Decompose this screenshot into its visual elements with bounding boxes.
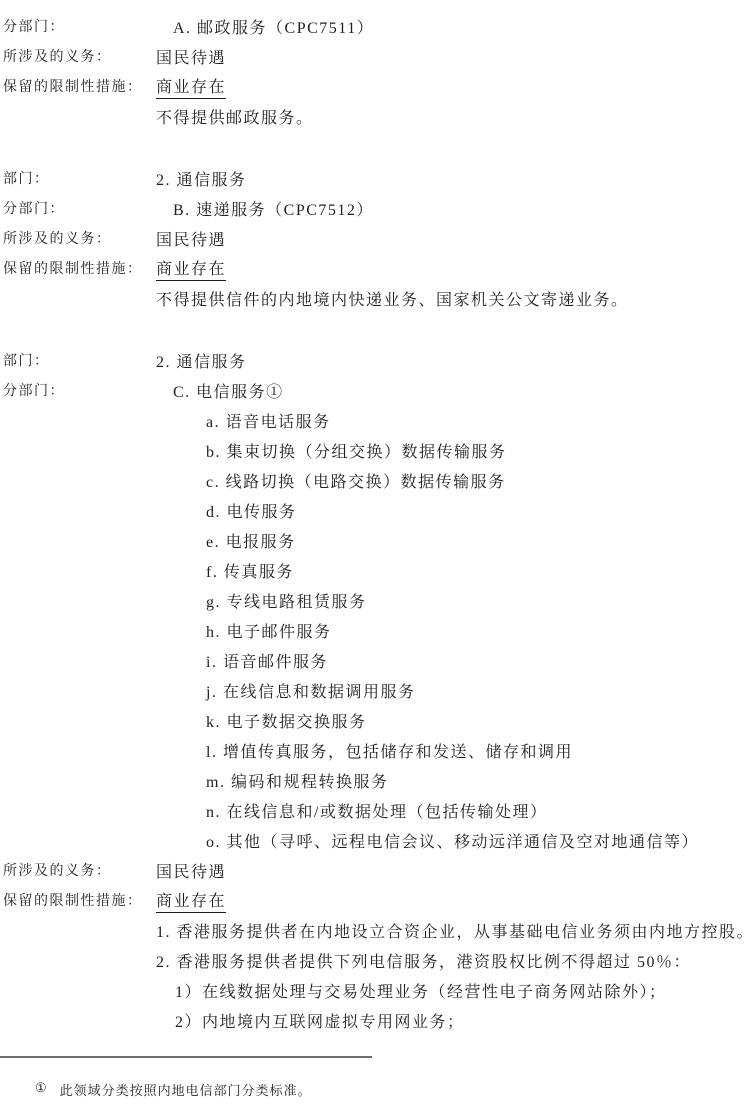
field-row: 分部门：B. 速递服务（CPC7512）: [3, 193, 744, 223]
field-row: h. 电子邮件服务: [3, 615, 744, 645]
field-row: a. 语音电话服务: [3, 405, 744, 435]
field-row: j. 在线信息和数据调用服务: [3, 675, 744, 705]
field-row: l. 增值传真服务，包括储存和发送、储存和调用: [3, 735, 744, 765]
list-item: l. 增值传真服务，包括储存和发送、储存和调用: [206, 739, 573, 762]
field-row: 不得提供邮政服务。: [3, 101, 744, 131]
list-item: 1. 香港服务提供者在内地设立合资企业，从事基础电信业务须由内地方控股。: [156, 919, 744, 942]
field-row: n. 在线信息和/或数据处理（包括传输处理）: [3, 795, 744, 825]
footnote-marker: ①: [35, 1080, 48, 1099]
field-value: 商业存在: [156, 888, 226, 913]
field-value: A. 邮政服务（CPC7511）: [173, 15, 374, 38]
field-row: i. 语音邮件服务: [3, 645, 744, 675]
field-value: 商业存在: [156, 256, 226, 281]
list-item: f. 传真服务: [206, 559, 294, 582]
field-row: 分部门：C. 电信服务①: [3, 375, 744, 405]
field-value: 国民待遇: [156, 45, 226, 68]
field-label: 部门：: [3, 168, 156, 188]
field-row: m. 编码和规程转换服务: [3, 765, 744, 795]
field-label: 分部门：: [3, 380, 156, 400]
list-item: j. 在线信息和数据调用服务: [206, 679, 415, 702]
field-row: 部门：2. 通信服务: [3, 345, 744, 375]
field-label: 保留的限制性措施：: [3, 258, 156, 278]
list-item: m. 编码和规程转换服务: [206, 769, 388, 792]
field-row: 1. 香港服务提供者在内地设立合资企业，从事基础电信业务须由内地方控股。: [3, 915, 744, 945]
list-item: h. 电子邮件服务: [206, 619, 332, 642]
field-value: 2. 通信服务: [156, 349, 247, 372]
field-label: 分部门：: [3, 198, 156, 218]
field-row: 2）内地境内互联网虚拟专用网业务；: [3, 1005, 744, 1035]
document-content: 分部门：A. 邮政服务（CPC7511）所涉及的义务：国民待遇保留的限制性措施：…: [3, 11, 744, 1035]
list-item: 不得提供邮政服务。: [156, 105, 314, 128]
field-label: 保留的限制性措施：: [3, 76, 156, 96]
list-item: b. 集束切换（分组交换）数据传输服务: [206, 439, 507, 462]
field-row: 所涉及的义务：国民待遇: [3, 41, 744, 71]
list-item: 不得提供信件的内地境内快递业务、国家机关公文寄递业务。: [156, 287, 629, 310]
footnote-divider: [0, 1056, 372, 1058]
field-label: 保留的限制性措施：: [3, 890, 156, 910]
field-row: 2. 香港服务提供者提供下列电信服务，港资股权比例不得超过 50％：: [3, 945, 744, 975]
document-page: 分部门：A. 邮政服务（CPC7511）所涉及的义务：国民待遇保留的限制性措施：…: [0, 0, 744, 1111]
list-item: 1）在线数据处理与交易处理业务（经营性电子商务网站除外）；: [175, 979, 667, 1002]
list-item: 2）内地境内互联网虚拟专用网业务；: [175, 1009, 465, 1032]
footnote: ① 此领域分类按照内地电信部门分类标准。: [35, 1080, 312, 1099]
field-row: 所涉及的义务：国民待遇: [3, 855, 744, 885]
field-row: c. 线路切换（电路交换）数据传输服务: [3, 465, 744, 495]
field-label: 所涉及的义务：: [3, 46, 156, 66]
field-row: e. 电报服务: [3, 525, 744, 555]
footnote-text: 此领域分类按照内地电信部门分类标准。: [60, 1080, 312, 1099]
field-value: 国民待遇: [156, 859, 226, 882]
field-label: 所涉及的义务：: [3, 228, 156, 248]
field-row: d. 电传服务: [3, 495, 744, 525]
field-row: f. 传真服务: [3, 555, 744, 585]
field-row: o. 其他（寻呼、远程电信会议、移动远洋通信及空对地通信等）: [3, 825, 744, 855]
field-value: 国民待遇: [156, 227, 226, 250]
field-row: k. 电子数据交换服务: [3, 705, 744, 735]
field-row: g. 专线电路租赁服务: [3, 585, 744, 615]
field-row: 所涉及的义务：国民待遇: [3, 223, 744, 253]
field-row: 保留的限制性措施：商业存在: [3, 885, 744, 915]
list-item: o. 其他（寻呼、远程电信会议、移动远洋通信及空对地通信等）: [206, 829, 699, 852]
list-item: c. 线路切换（电路交换）数据传输服务: [206, 469, 506, 492]
field-label: 部门：: [3, 350, 156, 370]
list-item: n. 在线信息和/或数据处理（包括传输处理）: [206, 799, 547, 822]
list-item: e. 电报服务: [206, 529, 296, 552]
list-item: 2. 香港服务提供者提供下列电信服务，港资股权比例不得超过 50％：: [156, 949, 691, 972]
field-label: 所涉及的义务：: [3, 860, 156, 880]
field-row: b. 集束切换（分组交换）数据传输服务: [3, 435, 744, 465]
field-value: B. 速递服务（CPC7512）: [173, 197, 374, 220]
section-telecom-services: 部门：2. 通信服务分部门：C. 电信服务①a. 语音电话服务b. 集束切换（分…: [3, 345, 744, 1035]
list-item: d. 电传服务: [206, 499, 297, 522]
list-item: a. 语音电话服务: [206, 409, 331, 432]
field-label: 分部门：: [3, 16, 156, 36]
list-item: g. 专线电路租赁服务: [206, 589, 367, 612]
section-courier-services: 部门：2. 通信服务分部门：B. 速递服务（CPC7512）所涉及的义务：国民待…: [3, 163, 744, 313]
list-item: k. 电子数据交换服务: [206, 709, 367, 732]
field-row: 保留的限制性措施：商业存在: [3, 253, 744, 283]
field-value: 2. 通信服务: [156, 167, 247, 190]
field-value: C. 电信服务①: [173, 379, 284, 402]
section-postal-services: 分部门：A. 邮政服务（CPC7511）所涉及的义务：国民待遇保留的限制性措施：…: [3, 11, 744, 131]
field-row: 部门：2. 通信服务: [3, 163, 744, 193]
field-value: 商业存在: [156, 74, 226, 99]
field-row: 不得提供信件的内地境内快递业务、国家机关公文寄递业务。: [3, 283, 744, 313]
field-row: 分部门：A. 邮政服务（CPC7511）: [3, 11, 744, 41]
list-item: i. 语音邮件服务: [206, 649, 328, 672]
field-row: 1）在线数据处理与交易处理业务（经营性电子商务网站除外）；: [3, 975, 744, 1005]
field-row: 保留的限制性措施：商业存在: [3, 71, 744, 101]
